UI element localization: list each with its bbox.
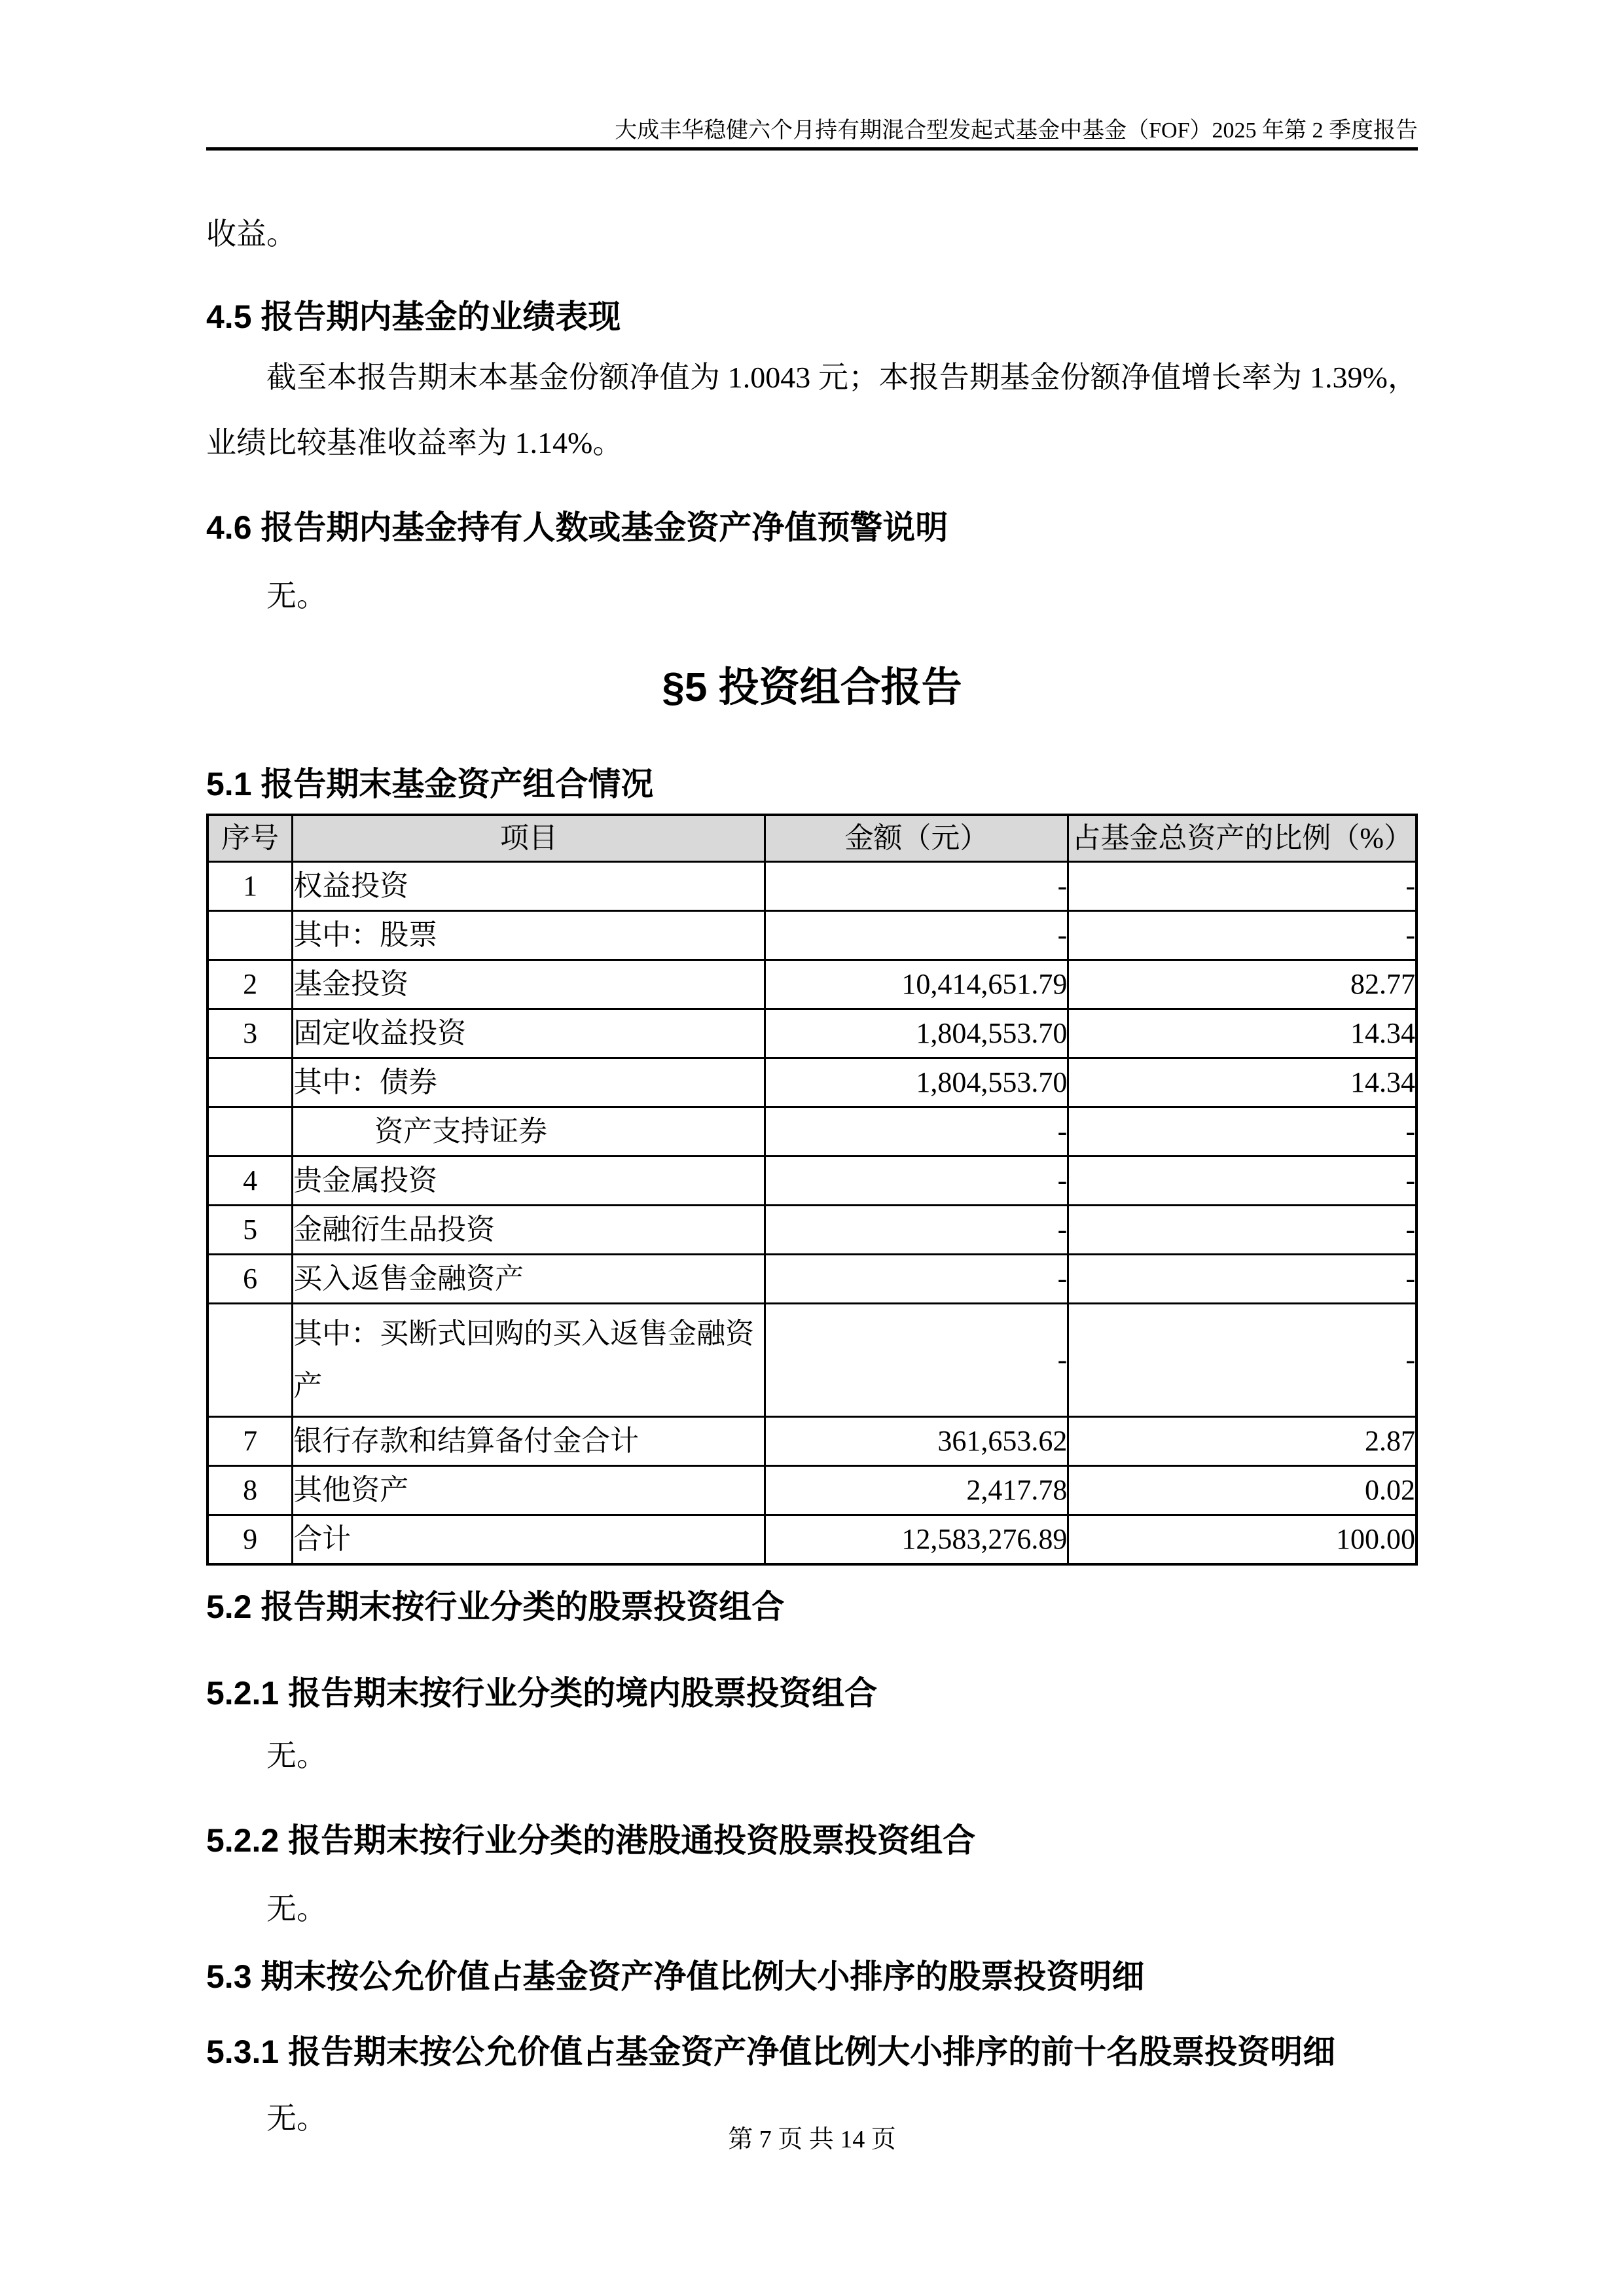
section-title-5-3-1: 5.3.1 报告期末按公允价值占基金资产净值比例大小排序的前十名股票投资明细 (206, 2032, 1418, 2072)
cell-index: 3 (208, 1009, 293, 1058)
cell-ratio: - (1068, 1157, 1416, 1206)
asset-composition-table: 序号 项目 金额（元） 占基金总资产的比例（%） 1权益投资--其中：股票--2… (206, 814, 1418, 1566)
table-row: 4贵金属投资-- (208, 1157, 1416, 1206)
cell-index (208, 911, 293, 960)
cell-amount: - (765, 1107, 1068, 1157)
page-content: 收益。 4.5 报告期内基金的业绩表现 截至本报告期末本基金份额净值为 1.00… (206, 215, 1418, 2138)
section-title-4-5: 4.5 报告期内基金的业绩表现 (206, 297, 1418, 336)
cell-amount: - (765, 1157, 1068, 1206)
cell-ratio: 14.34 (1068, 1009, 1416, 1058)
cell-amount: 1,804,553.70 (765, 1009, 1068, 1058)
cell-index: 9 (208, 1515, 293, 1565)
cell-item: 其他资产 (293, 1466, 765, 1515)
table-row: 2基金投资10,414,651.7982.77 (208, 960, 1416, 1009)
col-header-index: 序号 (208, 815, 293, 862)
col-header-ratio: 占基金总资产的比例（%） (1068, 815, 1416, 862)
cell-ratio: 0.02 (1068, 1466, 1416, 1515)
table-row: 3固定收益投资1,804,553.7014.34 (208, 1009, 1416, 1058)
cell-ratio: - (1068, 1255, 1416, 1304)
cell-amount: 1,804,553.70 (765, 1058, 1068, 1107)
cell-index: 4 (208, 1157, 293, 1206)
running-header-text: 大成丰华稳健六个月持有期混合型发起式基金中基金（FOF）2025 年第 2 季度… (615, 118, 1418, 143)
cell-amount: - (765, 862, 1068, 911)
chapter-title-5: §5 投资组合报告 (206, 664, 1418, 712)
section-5-2-1-none: 无。 (206, 1736, 1418, 1776)
cell-ratio: 82.77 (1068, 960, 1416, 1009)
cell-amount: 361,653.62 (765, 1417, 1068, 1466)
running-header: 大成丰华稳健六个月持有期混合型发起式基金中基金（FOF）2025 年第 2 季度… (206, 0, 1418, 151)
lead-paragraph: 收益。 (206, 215, 1418, 254)
table-row: 8其他资产2,417.780.02 (208, 1466, 1416, 1515)
cell-item: 权益投资 (293, 862, 765, 911)
section-title-5-2-1: 5.2.1 报告期末按行业分类的境内股票投资组合 (206, 1674, 1418, 1713)
col-header-item: 项目 (293, 815, 765, 862)
cell-amount: 2,417.78 (765, 1466, 1068, 1515)
cell-index: 8 (208, 1466, 293, 1515)
cell-amount: - (765, 1304, 1068, 1417)
table-row: 9合计12,583,276.89100.00 (208, 1515, 1416, 1565)
section-5-2-2-none: 无。 (206, 1890, 1418, 1929)
cell-item: 银行存款和结算备付金合计 (293, 1417, 765, 1466)
cell-ratio: - (1068, 1304, 1416, 1417)
cell-ratio: 100.00 (1068, 1515, 1416, 1565)
cell-index: 2 (208, 960, 293, 1009)
cell-item: 基金投资 (293, 960, 765, 1009)
cell-index: 6 (208, 1255, 293, 1304)
section-title-5-2: 5.2 报告期末按行业分类的股票投资组合 (206, 1587, 1418, 1626)
table-row: 其中：债券1,804,553.7014.34 (208, 1058, 1416, 1107)
cell-ratio: 2.87 (1068, 1417, 1416, 1466)
cell-ratio: - (1068, 911, 1416, 960)
asset-table-body: 1权益投资--其中：股票--2基金投资10,414,651.7982.773固定… (208, 862, 1416, 1565)
cell-amount: 12,583,276.89 (765, 1515, 1068, 1565)
table-header-row: 序号 项目 金额（元） 占基金总资产的比例（%） (208, 815, 1416, 862)
table-row: 1权益投资-- (208, 862, 1416, 911)
cell-ratio: - (1068, 862, 1416, 911)
report-page: 大成丰华稳健六个月持有期混合型发起式基金中基金（FOF）2025 年第 2 季度… (0, 0, 1624, 2296)
cell-item: 固定收益投资 (293, 1009, 765, 1058)
cell-item: 其中：股票 (293, 911, 765, 960)
cell-index (208, 1304, 293, 1417)
section-4-5-paragraph: 截至本报告期末本基金份额净值为 1.0043 元；本报告期基金份额净值增长率为 … (206, 345, 1418, 476)
table-row: 6买入返售金融资产-- (208, 1255, 1416, 1304)
section-title-5-2-2: 5.2.2 报告期末按行业分类的港股通投资股票投资组合 (206, 1821, 1418, 1860)
cell-item: 其中：买断式回购的买入返售金融资产 (293, 1304, 765, 1417)
cell-item: 买入返售金融资产 (293, 1255, 765, 1304)
cell-ratio: - (1068, 1206, 1416, 1255)
section-title-5-3: 5.3 期末按公允价值占基金资产净值比例大小排序的股票投资明细 (206, 1957, 1418, 1996)
cell-amount: - (765, 1255, 1068, 1304)
cell-item: 资产支持证券 (293, 1107, 765, 1157)
cell-item: 金融衍生品投资 (293, 1206, 765, 1255)
table-row: 7银行存款和结算备付金合计361,653.622.87 (208, 1417, 1416, 1466)
cell-amount: 10,414,651.79 (765, 960, 1068, 1009)
table-row: 资产支持证券-- (208, 1107, 1416, 1157)
cell-index (208, 1107, 293, 1157)
col-header-amount: 金额（元） (765, 815, 1068, 862)
section-title-5-1: 5.1 报告期末基金资产组合情况 (206, 764, 1418, 804)
cell-item: 合计 (293, 1515, 765, 1565)
cell-amount: - (765, 1206, 1068, 1255)
table-row: 5金融衍生品投资-- (208, 1206, 1416, 1255)
cell-index (208, 1058, 293, 1107)
page-footer: 第 7 页 共 14 页 (0, 2124, 1624, 2155)
cell-index: 7 (208, 1417, 293, 1466)
section-title-4-6: 4.6 报告期内基金持有人数或基金资产净值预警说明 (206, 508, 1418, 547)
section-4-6-none: 无。 (206, 577, 1418, 616)
cell-ratio: - (1068, 1107, 1416, 1157)
cell-index: 5 (208, 1206, 293, 1255)
table-row: 其中：股票-- (208, 911, 1416, 960)
cell-item: 其中：债券 (293, 1058, 765, 1107)
cell-index: 1 (208, 862, 293, 911)
cell-ratio: 14.34 (1068, 1058, 1416, 1107)
cell-item: 贵金属投资 (293, 1157, 765, 1206)
table-row: 其中：买断式回购的买入返售金融资产-- (208, 1304, 1416, 1417)
cell-amount: - (765, 911, 1068, 960)
